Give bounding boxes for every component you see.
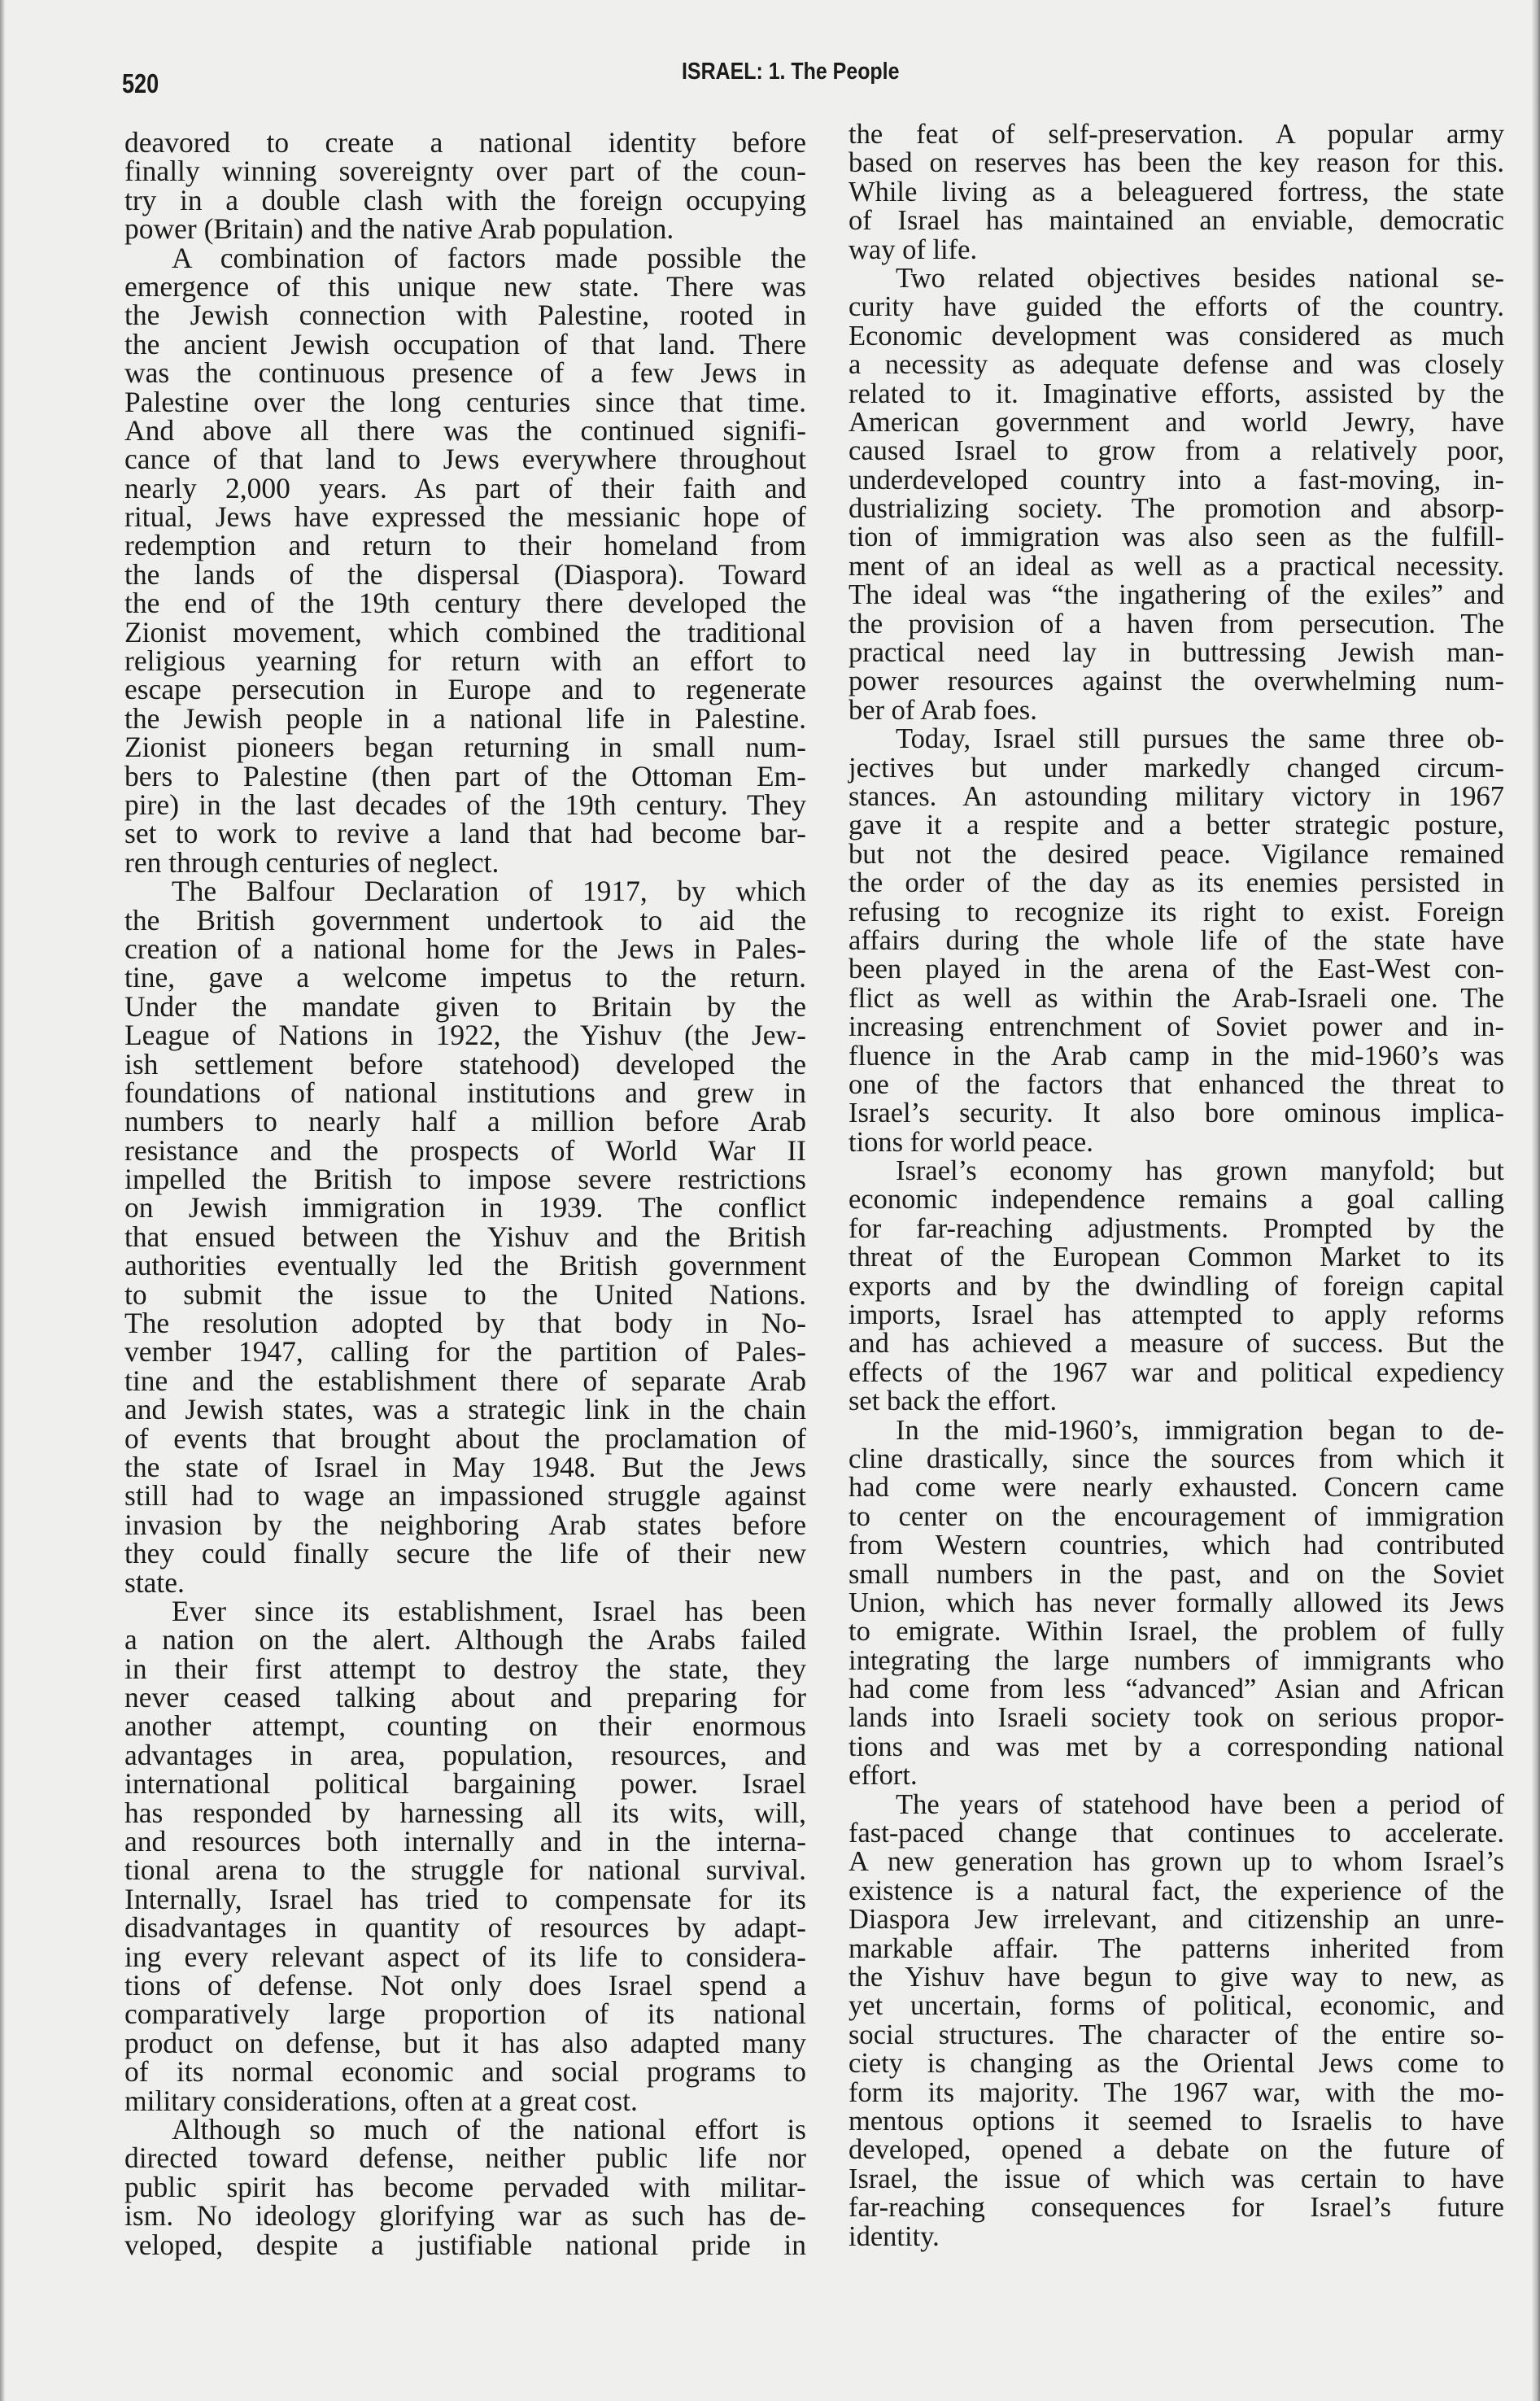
text-line: tine, gave a welcome impetus to the retu… xyxy=(124,963,806,992)
text-line: dustrializing society. The promotion and… xyxy=(849,495,1504,523)
paragraph: A combination of factors made possible t… xyxy=(124,244,806,878)
text-line: a necessity as adequate defense and was … xyxy=(849,351,1504,379)
text-line: The Balfour Declaration of 1917, by whic… xyxy=(124,877,806,906)
text-line: still had to wage an impassioned struggl… xyxy=(124,1482,806,1510)
text-line: another attempt, counting on their enorm… xyxy=(124,1712,806,1740)
text-line: emergence of this unique new state. Ther… xyxy=(124,273,806,301)
text-line: Although so much of the national effort … xyxy=(124,2115,806,2144)
paragraph: Today, Israel still pursues the same thr… xyxy=(849,725,1504,1157)
text-line: practical need lay in buttressing Jewish… xyxy=(849,639,1504,667)
right-column: the feat of self-preservation. A popular… xyxy=(849,120,1504,2251)
text-line: of events that brought about the proclam… xyxy=(124,1425,806,1453)
text-line: While living as a beleaguered fortress, … xyxy=(849,178,1504,207)
text-line: tions and was met by a corresponding nat… xyxy=(849,1733,1504,1761)
text-line: effort. xyxy=(849,1761,1504,1790)
text-line: Union, which has never formally allowed … xyxy=(849,1589,1504,1617)
text-line: Ever since its establishment, Israel has… xyxy=(124,1597,806,1626)
text-line: has responded by harnessing all its wits… xyxy=(124,1799,806,1827)
text-line: numbers to nearly half a million before … xyxy=(124,1107,806,1136)
text-line: they could finally secure the life of th… xyxy=(124,1539,806,1568)
text-line: Israel’s security. It also bore ominous … xyxy=(849,1099,1504,1128)
text-line: tional arena to the struggle for nationa… xyxy=(124,1856,806,1884)
text-line: ism. No ideology glorifying war as such … xyxy=(124,2202,806,2230)
text-line: refusing to recognize its right to exist… xyxy=(849,898,1504,927)
text-line: ber of Arab foes. xyxy=(849,696,1504,725)
paragraph: deavored to create a national identity b… xyxy=(124,129,806,244)
text-line: had come were nearly exhausted. Concern … xyxy=(849,1473,1504,1502)
text-line: ment of an ideal as well as a practical … xyxy=(849,552,1504,581)
text-line: never ceased talking about and preparing… xyxy=(124,1683,806,1712)
text-line: and resources both internally and in the… xyxy=(124,1827,806,1856)
text-line: the Jewish connection with Palestine, ro… xyxy=(124,301,806,330)
text-line: set back the effort. xyxy=(849,1387,1504,1416)
page-number: 520 xyxy=(122,68,159,99)
text-line: identity. xyxy=(849,2223,1504,2251)
text-line: American government and world Jewry, hav… xyxy=(849,408,1504,437)
text-line: economic independence remains a goal cal… xyxy=(849,1185,1504,1214)
text-line: mentous options it seemed to Israelis to… xyxy=(849,2107,1504,2136)
text-line: the end of the 19th century there develo… xyxy=(124,589,806,618)
text-line: the British government undertook to aid … xyxy=(124,906,806,935)
text-line: bers to Palestine (then part of the Otto… xyxy=(124,762,806,791)
text-line: impelled the British to impose severe re… xyxy=(124,1165,806,1194)
text-line: to center on the encouragement of immigr… xyxy=(849,1503,1504,1531)
text-line: and has achieved a measure of success. B… xyxy=(849,1329,1504,1358)
text-line: underdeveloped country into a fast-movin… xyxy=(849,466,1504,495)
text-line: yet uncertain, forms of political, econo… xyxy=(849,1992,1504,2020)
text-line: nearly 2,000 years. As part of their fai… xyxy=(124,474,806,503)
text-line: vember 1947, calling for the partition o… xyxy=(124,1338,806,1366)
text-line: product on defense, but it has also adap… xyxy=(124,2029,806,2058)
running-head: ISRAEL: 1. The People xyxy=(682,59,899,85)
text-line: lands into Israeli society took on serio… xyxy=(849,1704,1504,1732)
text-line: increasing entrenchment of Soviet power … xyxy=(849,1013,1504,1041)
paragraph: Ever since its establishment, Israel has… xyxy=(124,1597,806,2115)
text-line: invasion by the neighboring Arab states … xyxy=(124,1511,806,1539)
paragraph: Israel’s economy has grown manyfold; but… xyxy=(849,1157,1504,1417)
text-line: military considerations, often at a grea… xyxy=(124,2087,806,2115)
text-line: way of life. xyxy=(849,236,1504,264)
text-line: stances. An astounding military victory … xyxy=(849,783,1504,811)
text-line: affairs during the whole life of the sta… xyxy=(849,927,1504,955)
text-line: the ancient Jewish occupation of that la… xyxy=(124,330,806,359)
text-line: integrating the large numbers of immigra… xyxy=(849,1647,1504,1675)
text-line: League of Nations in 1922, the Yishuv (t… xyxy=(124,1021,806,1050)
text-line: fast-paced change that continues to acce… xyxy=(849,1819,1504,1848)
paragraph: The years of statehood have been a perio… xyxy=(849,1791,1504,2251)
text-line: The resolution adopted by that body in N… xyxy=(124,1309,806,1338)
text-line: the Yishuv have begun to give way to new… xyxy=(849,1963,1504,1992)
text-line: Zionist movement, which combined the tra… xyxy=(124,618,806,647)
text-line: was the continuous presence of a few Jew… xyxy=(124,359,806,387)
text-line: fluence in the Arab camp in the mid-1960… xyxy=(849,1042,1504,1071)
text-line: cance of that land to Jews everywhere th… xyxy=(124,445,806,474)
text-line: developed, opened a debate on the future… xyxy=(849,2136,1504,2164)
paragraph: Two related objectives besides national … xyxy=(849,264,1504,725)
page-edge-left xyxy=(0,0,5,2401)
page-edge-right xyxy=(1532,0,1540,2401)
text-line: foundations of national institutions and… xyxy=(124,1079,806,1107)
text-line: and Jewish states, was a strategic link … xyxy=(124,1395,806,1424)
text-line: to emigrate. Within Israel, the problem … xyxy=(849,1617,1504,1646)
text-line: public spirit has become pervaded with m… xyxy=(124,2173,806,2202)
text-line: Israel’s economy has grown manyfold; but xyxy=(849,1157,1504,1185)
text-line: small numbers in the past, and on the So… xyxy=(849,1561,1504,1589)
paragraph: In the mid-1960’s, immigration began to … xyxy=(849,1417,1504,1791)
text-line: tions for world peace. xyxy=(849,1128,1504,1157)
text-line: Internally, Israel has tried to compensa… xyxy=(124,1885,806,1914)
text-line: jectives but under markedly changed circ… xyxy=(849,754,1504,783)
text-line: social structures. The character of the … xyxy=(849,2021,1504,2050)
text-line: exports and by the dwindling of foreign … xyxy=(849,1273,1504,1301)
text-line: that ensued between the Yishuv and the B… xyxy=(124,1223,806,1251)
text-line: the feat of self-preservation. A popular… xyxy=(849,120,1504,149)
text-line: tions of defense. Not only does Israel s… xyxy=(124,1971,806,2000)
text-line: in their first attempt to destroy the st… xyxy=(124,1655,806,1683)
text-line: the Jewish people in a national life in … xyxy=(124,705,806,733)
text-line: ish settlement before statehood) develop… xyxy=(124,1050,806,1079)
text-line: Under the mandate given to Britain by th… xyxy=(124,993,806,1021)
text-line: disadvantages in quantity of resources b… xyxy=(124,1914,806,1942)
text-line: tion of immigration was also seen as the… xyxy=(849,523,1504,552)
text-line: escape persecution in Europe and to rege… xyxy=(124,675,806,704)
text-line: ing every relevant aspect of its life to… xyxy=(124,1943,806,1971)
text-line: deavored to create a national identity b… xyxy=(124,129,806,157)
text-line: The years of statehood have been a perio… xyxy=(849,1791,1504,1819)
text-line: cline drastically, since the sources fro… xyxy=(849,1445,1504,1473)
paragraph: Although so much of the national effort … xyxy=(124,2115,806,2259)
text-line: Two related objectives besides national … xyxy=(849,264,1504,293)
text-line: but not the desired peace. Vigilance rem… xyxy=(849,840,1504,869)
text-line: ren through centuries of neglect. xyxy=(124,849,806,877)
text-line: And above all there was the continued si… xyxy=(124,417,806,445)
text-line: had come from less “advanced” Asian and … xyxy=(849,1675,1504,1704)
text-line: Palestine over the long centuries since … xyxy=(124,388,806,417)
text-line: religious yearning for return with an ef… xyxy=(124,647,806,675)
text-line: authorities eventually led the British g… xyxy=(124,1251,806,1280)
text-line: advantages in area, population, resource… xyxy=(124,1741,806,1770)
text-line: a nation on the alert. Although the Arab… xyxy=(124,1626,806,1654)
text-line: redemption and return to their homeland … xyxy=(124,531,806,560)
text-line: markable affair. The patterns inherited … xyxy=(849,1935,1504,1963)
text-line: imports, Israel has attempted to apply r… xyxy=(849,1301,1504,1329)
text-line: comparatively large proportion of its na… xyxy=(124,2000,806,2028)
left-column: deavored to create a national identity b… xyxy=(124,129,806,2259)
text-line: power (Britain) and the native Arab popu… xyxy=(124,215,806,243)
text-line: the state of Israel in May 1948. But the… xyxy=(124,1453,806,1482)
text-line: ciety is changing as the Oriental Jews c… xyxy=(849,2050,1504,2078)
text-line: finally winning sovereignty over part of… xyxy=(124,157,806,186)
text-line: resistance and the prospects of World Wa… xyxy=(124,1137,806,1165)
text-line: power resources against the overwhelming… xyxy=(849,667,1504,696)
text-line: the order of the day as its enemies pers… xyxy=(849,869,1504,897)
text-line: In the mid-1960’s, immigration began to … xyxy=(849,1417,1504,1445)
text-line: pire) in the last decades of the 19th ce… xyxy=(124,791,806,819)
text-line: The ideal was “the ingathering of the ex… xyxy=(849,581,1504,609)
text-line: been played in the arena of the East-Wes… xyxy=(849,955,1504,984)
text-line: from Western countries, which had contri… xyxy=(849,1531,1504,1560)
text-line: directed toward defense, neither public … xyxy=(124,2144,806,2172)
text-line: Israel, the issue of which was certain t… xyxy=(849,2165,1504,2194)
text-line: threat of the European Common Market to … xyxy=(849,1243,1504,1272)
text-line: far-reaching consequences for Israel’s f… xyxy=(849,2194,1504,2222)
text-line: try in a double clash with the foreign o… xyxy=(124,186,806,215)
text-line: of Israel has maintained an enviable, de… xyxy=(849,207,1504,235)
text-line: tine and the establishment there of sepa… xyxy=(124,1367,806,1395)
text-line: caused Israel to grow from a relatively … xyxy=(849,437,1504,465)
text-line: Economic development was considered as m… xyxy=(849,322,1504,351)
text-line: gave it a respite and a better strategic… xyxy=(849,811,1504,840)
text-line: Diaspora Jew irrelevant, and citizenship… xyxy=(849,1906,1504,1934)
paragraph: the feat of self-preservation. A popular… xyxy=(849,120,1504,264)
text-line: effects of the 1967 war and political ex… xyxy=(849,1359,1504,1387)
text-line: Today, Israel still pursues the same thr… xyxy=(849,725,1504,753)
text-line: form its majority. The 1967 war, with th… xyxy=(849,2079,1504,2107)
text-line: to submit the issue to the United Nation… xyxy=(124,1281,806,1309)
text-line: A new generation has grown up to whom Is… xyxy=(849,1848,1504,1876)
text-line: veloped, despite a justifiable national … xyxy=(124,2231,806,2259)
text-line: on Jewish immigration in 1939. The confl… xyxy=(124,1194,806,1222)
text-line: flict as well as within the Arab-Israeli… xyxy=(849,984,1504,1013)
text-line: set to work to revive a land that had be… xyxy=(124,819,806,848)
text-line: A combination of factors made possible t… xyxy=(124,244,806,273)
text-line: creation of a national home for the Jews… xyxy=(124,935,806,963)
text-line: one of the factors that enhanced the thr… xyxy=(849,1071,1504,1099)
text-line: existence is a natural fact, the experie… xyxy=(849,1877,1504,1906)
text-line: ritual, Jews have expressed the messiani… xyxy=(124,503,806,531)
text-line: based on reserves has been the key reaso… xyxy=(849,149,1504,177)
text-line: related to it. Imaginative efforts, assi… xyxy=(849,380,1504,408)
text-line: international political bargaining power… xyxy=(124,1770,806,1798)
text-line: Zionist pioneers began returning in smal… xyxy=(124,733,806,762)
text-line: state. xyxy=(124,1569,806,1597)
text-line: curity have guided the efforts of the co… xyxy=(849,293,1504,321)
text-line: the provision of a haven from persecutio… xyxy=(849,610,1504,639)
text-line: the lands of the dispersal (Diaspora). T… xyxy=(124,561,806,589)
text-line: of its normal economic and social progra… xyxy=(124,2058,806,2086)
paragraph: The Balfour Declaration of 1917, by whic… xyxy=(124,877,806,1597)
text-line: for far-reaching adjustments. Prompted b… xyxy=(849,1215,1504,1243)
